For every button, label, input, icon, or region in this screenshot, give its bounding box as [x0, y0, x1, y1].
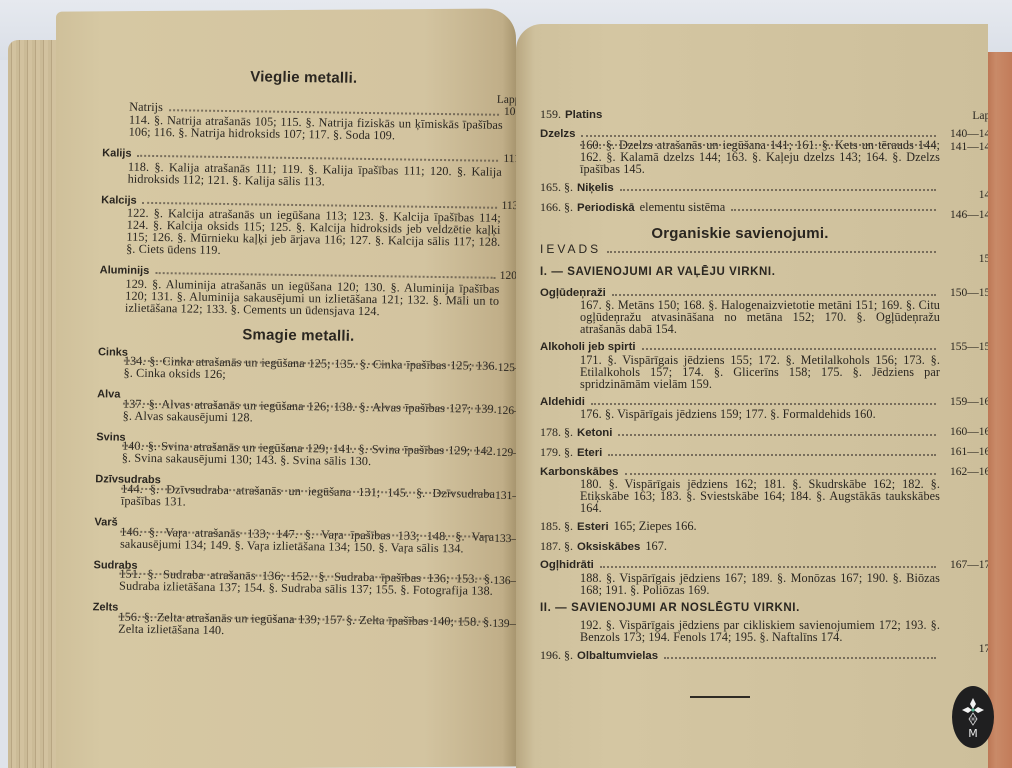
entry-body: 180. §. Vispārīgais jēdziens 162; 181. §… — [580, 478, 940, 514]
entry-name: Kalcijs — [101, 194, 137, 207]
entry-body: 122. §. Kalcija atrašanās un iegūšana 11… — [126, 207, 501, 260]
section-number: 187. §. — [540, 540, 573, 553]
toc-entry-dzivsudrabs[interactable]: Dzīvsudrabs 131—133 144. §. Dzīvsudraba … — [95, 474, 496, 512]
page-range: 120—124 — [500, 270, 516, 283]
entry-name: Niķelis — [577, 182, 614, 195]
page-range: 136—139 — [493, 575, 516, 588]
right-page: 159. Platins Lapp Dzelzs140—141 141—146 … — [516, 24, 988, 768]
leader-dots — [143, 201, 498, 209]
section-number: 196. §. — [540, 649, 573, 662]
section-number: 179. §. — [540, 446, 573, 459]
toc-entry-platins[interactable]: 159. Platins Lapp — [540, 108, 940, 122]
leader-dots — [642, 347, 936, 350]
toc-entry-ketoni[interactable]: 178. §. Ketoni 160—161 — [540, 426, 940, 440]
leader-dots — [608, 453, 936, 456]
page-range: 113—120 — [501, 200, 516, 213]
toc-entry-esteri[interactable]: 185. §. Esteri 165; Ziepes 166. — [540, 520, 940, 534]
page-range: 150 — [979, 253, 988, 266]
leader-dots — [625, 472, 937, 475]
end-rule-divider — [690, 696, 750, 698]
entry-body: 167. §. Metāns 150; 168. §. Halogenaizvi… — [580, 299, 940, 335]
toc-entry-eteri[interactable]: 179. §. Eteri 161—162 — [540, 446, 940, 460]
page-range: 155—159 — [950, 341, 988, 354]
lapp-label: Lapp — [972, 110, 988, 123]
entry-name: Ogļūdeņraži — [540, 287, 606, 300]
page-range: 111—113 — [503, 153, 516, 166]
toc-entry-cinks[interactable]: Cinks 125—126 134. §. Cinka atrašanās un… — [97, 346, 498, 384]
toc-entry-svins[interactable]: Svins 129—131 140. §. Svina atrašanās un… — [96, 431, 497, 469]
leader-dots — [600, 565, 936, 568]
entry-name: Ketoni — [577, 427, 612, 440]
entry-name: Aldehidi — [540, 396, 585, 409]
page-range: 162—164 — [950, 466, 988, 479]
part-title: II. — SAVIENOJUMI AR NOSLĒGTU VIRKNI. — [540, 602, 800, 615]
toc-entry-periodiska-sistema[interactable]: 166. §. Periodiskā elementu sistēma 146—… — [540, 201, 940, 215]
page-range: 133—136 — [494, 532, 516, 545]
entry-rest: 165; Ziepes 166. — [614, 520, 697, 533]
page-range: 129—131 — [496, 447, 516, 460]
leader-dots — [155, 271, 495, 279]
leader-dots — [580, 143, 936, 146]
entry-name: Varš — [94, 516, 118, 529]
toc-entry-vars[interactable]: Varš 133—136 146. §. Vaŗa atrašanās 133;… — [94, 516, 495, 554]
toc-entry-nikelis[interactable]: 165. §. Niķelis 146 — [540, 181, 940, 195]
part-heading-closed-chain[interactable]: II. — SAVIENOJUMI AR NOSLĒGTU VIRKNI. — [540, 602, 940, 615]
entry-name: Natrijs — [129, 101, 163, 114]
entry-body-cyclic: 192. §. Vispārīgais jēdziens par ciklisk… — [580, 619, 940, 643]
toc-entry-ogludenrazi[interactable]: Ogļūdeņraži150—155 167. §. Metāns 150; 1… — [540, 287, 940, 336]
part-heading-open-chain[interactable]: I. — SAVIENOJUMI AR VAĻĒJU VIRKNI. — [540, 266, 940, 279]
entry-rest: 167. — [645, 540, 667, 553]
toc-entry-olbaltumvielas[interactable]: 196. §. Olbaltumvielas 175 — [540, 649, 940, 663]
page-range: 126—128 — [497, 405, 516, 418]
entry-name: Ogļhidrāti — [540, 559, 594, 572]
page-range: 139—140 — [492, 618, 516, 631]
leader-dots — [664, 656, 936, 659]
leader-dots — [620, 188, 936, 191]
toc-entry-kalijs[interactable]: Kalijs111—113 118. §. Kalija atrašanās 1… — [102, 147, 503, 189]
page-range: 131—133 — [495, 490, 516, 503]
entry-name: Cinks — [98, 346, 128, 359]
entry-name: Kalijs — [102, 147, 132, 160]
entry-body: 188. §. Vispārīgais jēdziens 167; 189. §… — [580, 572, 940, 596]
entry-name: Aluminijs — [100, 265, 150, 278]
leader-dots — [591, 402, 936, 405]
spacer — [608, 115, 936, 118]
entry-name: Sudrabs — [93, 559, 137, 572]
section-number: 165. §. — [540, 181, 573, 194]
entry-name: IEVADS — [540, 243, 601, 256]
toc-entry-sudrabs[interactable]: Sudrabs 136—139 151. §. Sudraba atrašanā… — [93, 559, 494, 597]
entry-body: 129. §. Aluminija atrašanās un iegūšana … — [125, 278, 500, 319]
entry-name: Eteri — [577, 447, 602, 460]
section-title-heavy-metals: Smagie metalli. — [98, 327, 498, 345]
page-range: 146—149 — [950, 209, 988, 222]
leader-dots — [607, 250, 936, 253]
entry-name: Alva — [97, 388, 121, 401]
page-range: 105—111 — [504, 106, 516, 119]
entry-name: Esteri — [577, 521, 609, 534]
page-range: 146 — [979, 189, 988, 202]
toc-entry-kalcijs[interactable]: Kalcijs113—120 122. §. Kalcija atrašanās… — [100, 194, 501, 260]
page-range: 167—172 — [950, 559, 988, 572]
part-title: I. — SAVIENOJUMI AR VAĻĒJU VIRKNI. — [540, 266, 776, 279]
toc-entry-alva[interactable]: Alva 126—128 137. §. Alvas atrašanās un … — [97, 388, 498, 426]
leader-dots — [169, 108, 499, 116]
left-page-content: Vieglie metalli. Lapp. Natrijs105—111 11… — [92, 67, 504, 649]
leader-dots — [731, 208, 936, 211]
entry-name: Platins — [565, 109, 602, 122]
diamond-flower-icon: M — [958, 694, 988, 740]
page-range: 160—161 — [950, 426, 988, 439]
entry-body: 171. §. Vispārīgais jēdziens 155; 172. §… — [580, 354, 940, 390]
section-title-light-metals: Vieglie metalli. — [104, 69, 504, 87]
page-range: 125—126 — [498, 362, 516, 375]
section-number: 178. §. — [540, 426, 573, 439]
toc-entry-ievads[interactable]: IEVADS 150 — [540, 243, 940, 256]
toc-entry-oksiskabes[interactable]: 187. §. Oksiskābes 167. — [540, 540, 940, 554]
page-range: 140—141 — [950, 128, 988, 141]
leader-dots — [618, 433, 936, 436]
entry-name: Oksiskābes — [577, 541, 640, 554]
leader-dots — [137, 154, 498, 162]
page-range: 141—146 — [950, 141, 988, 154]
page-range: 150—155 — [950, 287, 988, 300]
page-range: 161—162 — [950, 446, 988, 459]
watermark-letter: M — [968, 727, 978, 740]
section-number: 159. — [540, 108, 561, 121]
toc-entry-aluminijs[interactable]: Aluminijs120—124 129. §. Aluminija atraš… — [99, 265, 500, 319]
page-edges-stack — [8, 40, 60, 768]
toc-entry-alkoholi[interactable]: Alkoholi jeb spirti155—159 171. §. Vispā… — [540, 341, 940, 390]
entry-name: Zelts — [93, 601, 119, 614]
left-page: Vieglie metalli. Lapp. Natrijs105—111 11… — [56, 8, 516, 768]
toc-entry-karbonskabes[interactable]: Karbonskābes162—164 180. §. Vispārīgais … — [540, 466, 940, 515]
toc-entry-zelts[interactable]: Zelts 139—140 156. §. Zelta atrašanās un… — [92, 601, 493, 639]
page-range: 159—160 — [950, 396, 988, 409]
watermark-logo: M — [952, 686, 994, 748]
section-number: 185. §. — [540, 520, 573, 533]
entry-name: Dzīvsudrabs — [95, 474, 161, 488]
entry-name: Olbaltumvielas — [577, 650, 658, 663]
leader-dots — [581, 134, 936, 137]
book-cover-edge — [985, 52, 1012, 768]
toc-entry-dzelzs[interactable]: Dzelzs140—141 141—146 160. §. Dzelzs atr… — [540, 128, 940, 176]
entry-name: Dzelzs — [540, 128, 575, 141]
toc-entry-oglhidrati[interactable]: Ogļhidrāti167—172 188. §. Vispārīgais jē… — [540, 559, 940, 596]
toc-entry-natrijs[interactable]: Natrijs105—111 114. §. Natrija atrašanās… — [129, 101, 504, 143]
entry-body: 176. §. Vispārīgais jēdziens 159; 177. §… — [580, 408, 940, 420]
leader-dots — [612, 293, 936, 296]
entry-name: Alkoholi jeb spirti — [540, 341, 636, 354]
section-title-organic: Organiskie savienojumi. — [540, 228, 940, 241]
toc-entry-aldehidi[interactable]: Aldehidi159—160 176. §. Vispārīgais jēdz… — [540, 396, 940, 421]
entry-name-rest: elementu sistēma — [640, 201, 726, 214]
entry-name: Svins — [96, 431, 126, 444]
right-page-content: 159. Platins Lapp Dzelzs140—141 141—146 … — [540, 108, 940, 698]
entry-name: Periodiskā — [577, 202, 635, 215]
entry-name: Karbonskābes — [540, 466, 619, 479]
page-range: 175 — [979, 643, 988, 656]
section-number: 166. §. — [540, 201, 573, 214]
